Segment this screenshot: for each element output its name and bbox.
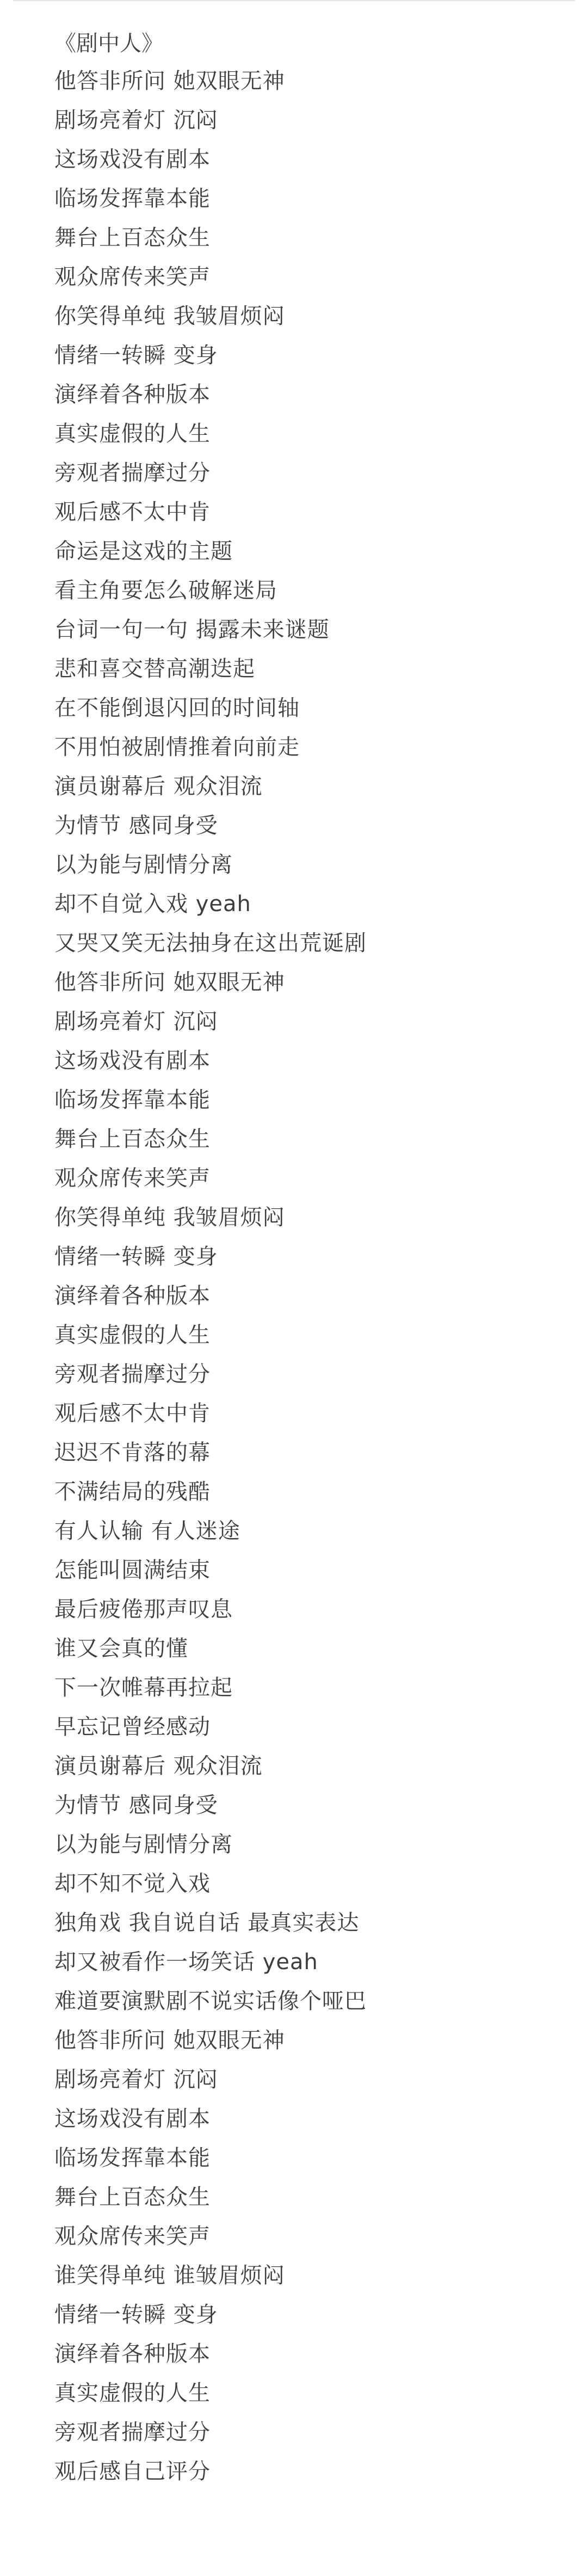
lyric-line: 不用怕被剧情推着向前走 xyxy=(54,728,577,767)
lyric-line: 为情节 感同身受 xyxy=(54,1786,577,1825)
lyric-line: 演员谢幕后 观众泪流 xyxy=(54,767,577,806)
song-title: 《剧中人》 xyxy=(54,26,577,62)
lyric-line: 看主角要怎么破解迷局 xyxy=(54,571,577,610)
lyric-line: 这场戏没有剧本 xyxy=(54,2099,577,2138)
lyric-line: 真实虚假的人生 xyxy=(54,2374,577,2413)
lyric-line: 真实虚假的人生 xyxy=(54,1315,577,1355)
lyric-line: 观众席传来笑声 xyxy=(54,1159,577,1198)
lyric-line: 却又被看作一场笑话 yeah xyxy=(54,1942,577,1982)
lyric-line: 却不知不觉入戏 xyxy=(54,1864,577,1903)
lyric-line: 悲和喜交替高潮迭起 xyxy=(54,649,577,688)
lyric-line: 临场发挥靠本能 xyxy=(54,1080,577,1120)
lyric-line: 真实虚假的人生 xyxy=(54,414,577,453)
lyric-line: 你笑得单纯 我皱眉烦闷 xyxy=(54,1198,577,1237)
lyrics-document: 《剧中人》 他答非所问 她双眼无神剧场亮着灯 沉闷这场戏没有剧本临场发挥靠本能舞… xyxy=(54,26,577,2491)
lyric-line: 又哭又笑无法抽身在这出荒诞剧 xyxy=(54,924,577,963)
lyric-line: 以为能与剧情分离 xyxy=(54,1825,577,1864)
lyric-line: 他答非所问 她双眼无神 xyxy=(54,963,577,1002)
lyric-line: 情绪一转瞬 变身 xyxy=(54,336,577,375)
lyric-line: 难道要演默剧不说实话像个哑巴 xyxy=(54,1982,577,2021)
lyric-line: 命运是这戏的主题 xyxy=(54,532,577,571)
lyric-line: 剧场亮着灯 沉闷 xyxy=(54,2060,577,2099)
lyric-line: 演绎着各种版本 xyxy=(54,2334,577,2374)
lyric-line: 他答非所问 她双眼无神 xyxy=(54,62,577,101)
lyric-line: 临场发挥靠本能 xyxy=(54,179,577,218)
top-divider xyxy=(13,0,575,1)
lyric-line: 舞台上百态众生 xyxy=(54,1120,577,1159)
lyric-line: 观后感自己评分 xyxy=(54,2452,577,2491)
lyric-line: 谁笑得单纯 谁皱眉烦闷 xyxy=(54,2256,577,2295)
lyric-line: 怎能叫圆满结束 xyxy=(54,1551,577,1590)
lyric-line: 剧场亮着灯 沉闷 xyxy=(54,1002,577,1041)
lyric-line: 剧场亮着灯 沉闷 xyxy=(54,101,577,140)
lyric-line: 临场发挥靠本能 xyxy=(54,2138,577,2178)
lyric-line: 为情节 感同身受 xyxy=(54,806,577,845)
lyric-line: 不满结局的残酷 xyxy=(54,1472,577,1511)
lyric-line: 最后疲倦那声叹息 xyxy=(54,1590,577,1629)
lyric-line: 下一次帷幕再拉起 xyxy=(54,1668,577,1707)
lyric-line: 情绪一转瞬 变身 xyxy=(54,1237,577,1276)
lyric-line: 观后感不太中肯 xyxy=(54,1394,577,1433)
lyric-line: 他答非所问 她双眼无神 xyxy=(54,2021,577,2060)
lyric-line: 这场戏没有剧本 xyxy=(54,1041,577,1080)
lyric-line: 旁观者揣摩过分 xyxy=(54,1355,577,1394)
lyric-line: 在不能倒退闪回的时间轴 xyxy=(54,688,577,728)
lyric-line: 演绎着各种版本 xyxy=(54,375,577,414)
lyric-line: 早忘记曾经感动 xyxy=(54,1707,577,1747)
lyric-line: 舞台上百态众生 xyxy=(54,2178,577,2217)
lyric-line: 演绎着各种版本 xyxy=(54,1276,577,1315)
lyrics-lines: 他答非所问 她双眼无神剧场亮着灯 沉闷这场戏没有剧本临场发挥靠本能舞台上百态众生… xyxy=(54,62,577,2491)
lyric-line: 观后感不太中肯 xyxy=(54,493,577,532)
lyric-line: 独角戏 我自说自话 最真实表达 xyxy=(54,1903,577,1942)
lyric-line: 你笑得单纯 我皱眉烦闷 xyxy=(54,297,577,336)
lyric-line: 这场戏没有剧本 xyxy=(54,140,577,179)
lyric-line: 却不自觉入戏 yeah xyxy=(54,884,577,924)
lyric-line: 以为能与剧情分离 xyxy=(54,845,577,884)
lyric-line: 舞台上百态众生 xyxy=(54,218,577,257)
lyric-line: 台词一句一句 揭露未来谜题 xyxy=(54,610,577,649)
lyric-line: 旁观者揣摩过分 xyxy=(54,2413,577,2452)
lyric-line: 观众席传来笑声 xyxy=(54,257,577,297)
lyric-line: 有人认输 有人迷途 xyxy=(54,1511,577,1551)
lyric-line: 谁又会真的懂 xyxy=(54,1629,577,1668)
lyric-line: 演员谢幕后 观众泪流 xyxy=(54,1747,577,1786)
lyric-line: 观众席传来笑声 xyxy=(54,2217,577,2256)
lyric-line: 迟迟不肯落的幕 xyxy=(54,1433,577,1472)
lyric-line: 情绪一转瞬 变身 xyxy=(54,2295,577,2334)
lyric-line: 旁观者揣摩过分 xyxy=(54,453,577,493)
